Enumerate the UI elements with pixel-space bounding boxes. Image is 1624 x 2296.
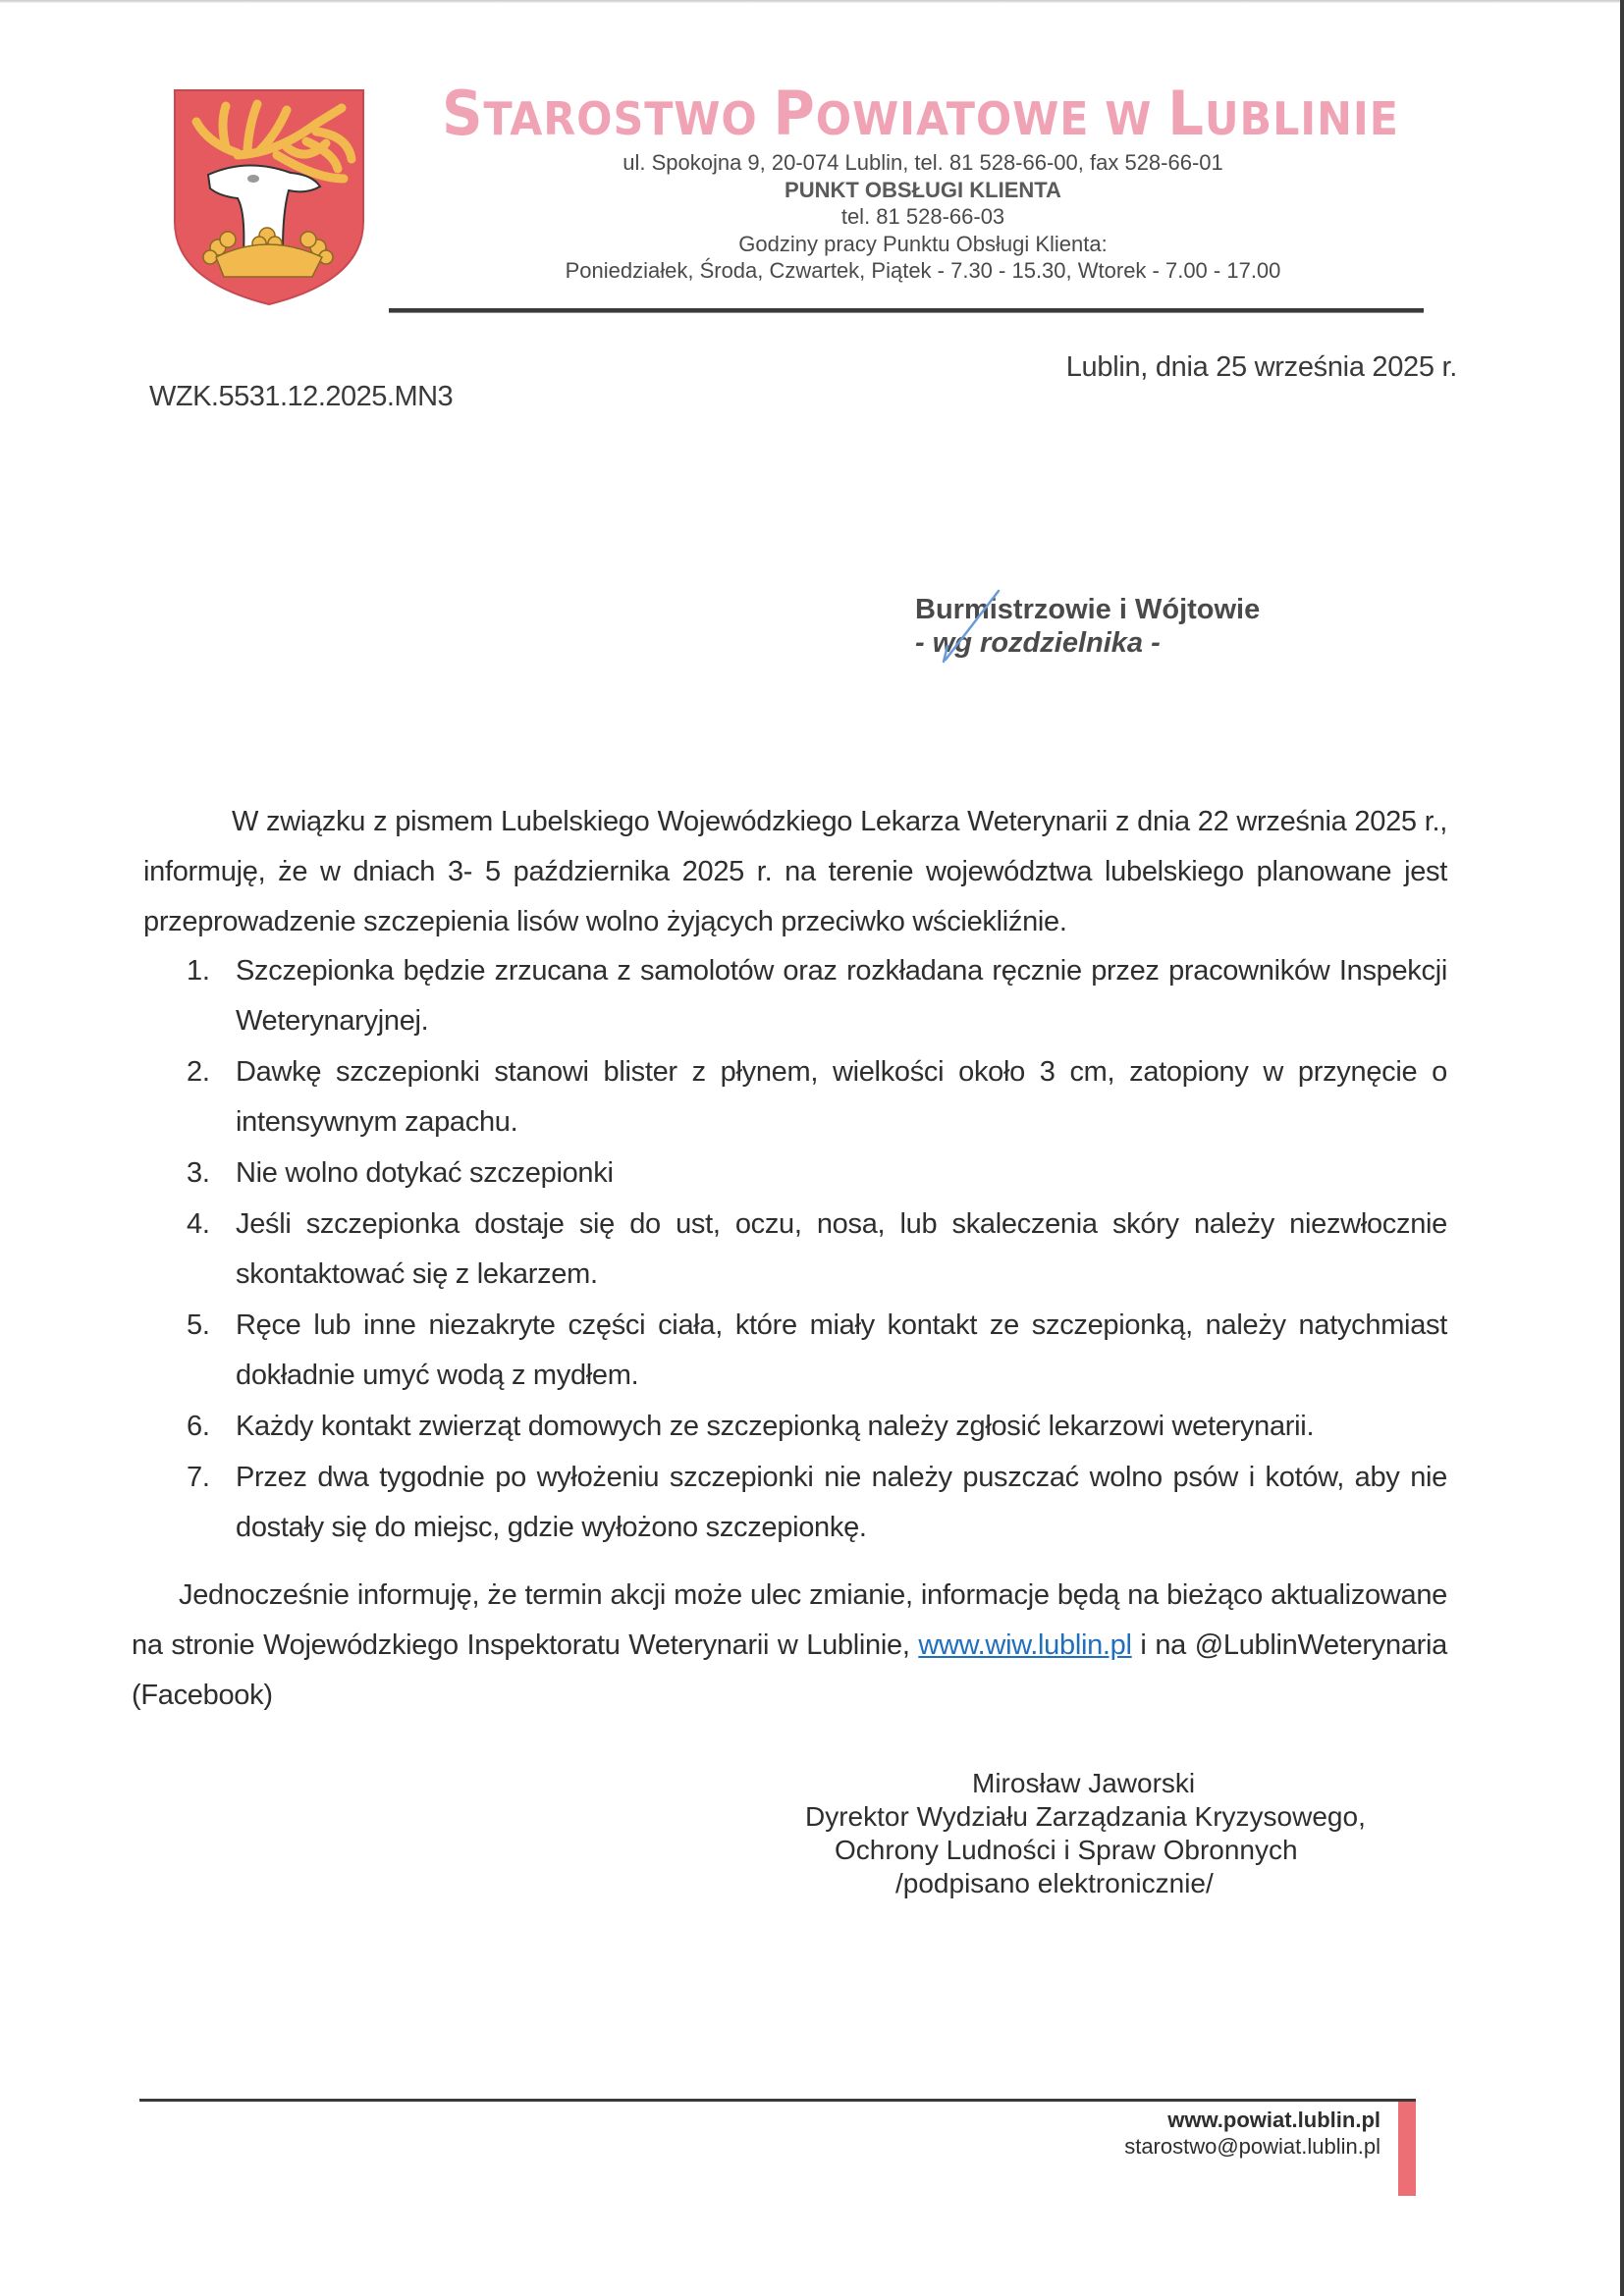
reference-number: WZK.5531.12.2025.MN3 bbox=[149, 381, 453, 413]
letterhead-contact: ul. Spokojna 9, 20-074 Lublin, tel. 81 5… bbox=[442, 149, 1404, 285]
opening-hours-label: Godziny pracy Punktu Obsługi Klienta: bbox=[442, 231, 1404, 258]
instruction-text: Jeśli szczepionka dostaje się do ust, oc… bbox=[236, 1208, 1447, 1290]
org-title-part: tarostwo bbox=[483, 92, 773, 145]
instruction-item: 2.Dawkę szczepionki stanowi blister z pł… bbox=[187, 1047, 1447, 1148]
coat-of-arms-icon bbox=[169, 84, 369, 308]
instruction-number: 3. bbox=[187, 1148, 210, 1199]
org-title: Starostwo Powiatowe w Lublinie bbox=[442, 84, 1319, 148]
instruction-number: 5. bbox=[187, 1301, 210, 1351]
pen-check-mark-icon bbox=[938, 587, 1006, 666]
instruction-item: 6.Każdy kontakt zwierząt domowych ze szc… bbox=[187, 1402, 1447, 1452]
letter-date: Lublin, dnia 25 września 2025 r. bbox=[1066, 351, 1457, 384]
footer-accent-bar bbox=[1398, 2102, 1416, 2196]
signature-block: Mirosław Jaworski Dyrektor Wydziału Zarz… bbox=[785, 1767, 1434, 1900]
instruction-item: 7.Przez dwa tygodnie po wyłożeniu szczep… bbox=[187, 1453, 1447, 1553]
org-title-part: S bbox=[442, 78, 483, 149]
signatory-title-line1: Dyrektor Wydziału Zarządzania Kryzysoweg… bbox=[785, 1800, 1434, 1834]
instruction-text: Dawkę szczepionki stanowi blister z płyn… bbox=[236, 1056, 1447, 1138]
wiw-website-link[interactable]: www.wiw.lublin.pl bbox=[918, 1629, 1131, 1661]
instruction-text: Szczepionka będzie zrzucana z samolotów … bbox=[236, 955, 1447, 1037]
signatory-title-line2: Ochrony Ludności i Spraw Obronnych bbox=[785, 1834, 1434, 1867]
org-title-part: P bbox=[774, 78, 816, 149]
instruction-text: Każdy kontakt zwierząt domowych ze szcze… bbox=[236, 1411, 1314, 1442]
service-point-phone: tel. 81 528-66-03 bbox=[442, 203, 1404, 231]
instruction-number: 2. bbox=[187, 1047, 210, 1097]
electronic-signature-note: /podpisano elektronicznie/ bbox=[785, 1867, 1434, 1900]
header-divider bbox=[389, 308, 1424, 313]
instruction-number: 6. bbox=[187, 1402, 210, 1452]
scan-edge-top bbox=[0, 0, 1624, 3]
instruction-text: Przez dwa tygodnie po wyłożeniu szczepio… bbox=[236, 1462, 1447, 1543]
instruction-text: Nie wolno dotykać szczepionki bbox=[236, 1157, 614, 1189]
scan-edge-right bbox=[1620, 0, 1624, 2296]
instruction-item: 3.Nie wolno dotykać szczepionki bbox=[187, 1148, 1447, 1199]
instruction-item: 5.Ręce lub inne niezakryte części ciała,… bbox=[187, 1301, 1447, 1401]
org-title-part: ublinie bbox=[1205, 92, 1399, 145]
service-point-label: PUNKT OBSŁUGI KLIENTA bbox=[442, 177, 1404, 204]
opening-hours: Poniedziałek, Środa, Czwartek, Piątek - … bbox=[442, 257, 1404, 285]
footer-contact: www.powiat.lublin.pl starostwo@powiat.lu… bbox=[1124, 2107, 1380, 2160]
instruction-item: 4.Jeśli szczepionka dostaje się do ust, … bbox=[187, 1200, 1447, 1300]
footer-divider bbox=[139, 2099, 1416, 2102]
org-title-part: L bbox=[1167, 78, 1205, 149]
instruction-number: 4. bbox=[187, 1200, 210, 1250]
org-address: ul. Spokojna 9, 20-074 Lublin, tel. 81 5… bbox=[442, 149, 1404, 177]
instruction-number: 1. bbox=[187, 946, 210, 996]
footer-email[interactable]: starostwo@powiat.lublin.pl bbox=[1124, 2133, 1380, 2160]
instruction-number: 7. bbox=[187, 1453, 210, 1503]
instruction-list: 1.Szczepionka będzie zrzucana z samolotó… bbox=[187, 946, 1447, 1554]
closing-paragraph: Jednocześnie informuję, że termin akcji … bbox=[132, 1571, 1447, 1721]
footer-website[interactable]: www.powiat.lublin.pl bbox=[1124, 2107, 1380, 2133]
instruction-item: 1.Szczepionka będzie zrzucana z samolotó… bbox=[187, 946, 1447, 1046]
instruction-text: Ręce lub inne niezakryte części ciała, k… bbox=[236, 1309, 1447, 1391]
signatory-name: Mirosław Jaworski bbox=[785, 1767, 1434, 1800]
intro-paragraph: W związku z pismem Lubelskiego Wojewódzk… bbox=[143, 797, 1447, 947]
org-title-part: owiatowe w bbox=[816, 92, 1167, 145]
